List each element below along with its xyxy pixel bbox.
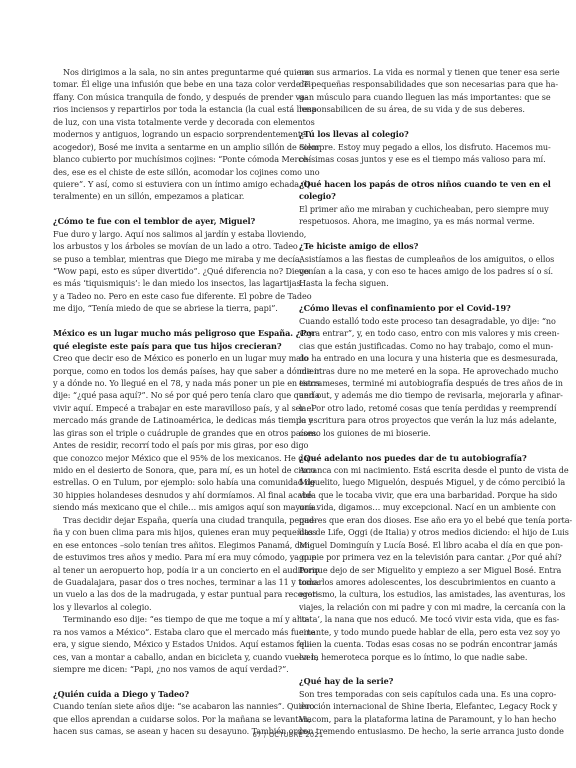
body-text-line: es más ‘tiquismiquis’: le dan miedo los … xyxy=(53,277,288,289)
body-text-line: padres que eran dos dioses. Ese año era … xyxy=(299,514,537,526)
body-text-line: mido en el desierto de Sonora, que, para… xyxy=(53,464,288,476)
body-text-line: una vida, digamos… muy excepcional. Nací… xyxy=(299,501,537,513)
body-text-line: un vuelo a las dos de la madrugada, y es… xyxy=(53,588,288,600)
body-text-line: blanco cubierto por muchísimos cojines: … xyxy=(53,153,288,165)
body-text-line: vida que le tocaba vivir, que era una ba… xyxy=(299,489,537,501)
body-text-line: 30 hippies holandeses desnudos y ahí dor… xyxy=(53,489,288,501)
body-text-line: teralmente) en un sillón, empezamos a pl… xyxy=(53,190,288,202)
body-text-line: y a dónde no. Yo llegué en el 78, y nada… xyxy=(53,377,288,389)
body-text-line: estos meses, terminé mi autobiografía de… xyxy=(299,377,537,389)
body-text-line: Cuando estalló todo este proceso tan des… xyxy=(299,315,537,327)
body-text-line: se puso a temblar, mientras que Diego me… xyxy=(53,253,288,265)
body-text-line: los arbustos y los árboles se movían de … xyxy=(53,240,288,252)
body-text-line: des, ese es el chiste de este sillón, ac… xyxy=(53,166,288,178)
body-text-line: que ellos aprendan a cuidarse solos. Por… xyxy=(53,713,288,725)
question-heading-line: ¿Qué adelanto nos puedes dar de tu autob… xyxy=(299,452,537,464)
body-text-line: la escritura para otros proyectos que ve… xyxy=(299,414,537,426)
body-text-line: los y llevarlos al colegio. xyxy=(53,601,288,613)
body-text-line: siempre me dicen: “Papi, ¿no nos vamos d… xyxy=(53,663,288,675)
body-text-line: la. Por otro lado, retomé cosas que tení… xyxy=(299,402,537,414)
body-text-line: todo: los amores adolescentes, los descu… xyxy=(299,576,537,588)
question-heading-line: México es un lugar mucho más peligroso q… xyxy=(53,327,288,339)
paragraph-gap xyxy=(299,290,537,302)
body-text-line: que conozco mejor México que el 95% de l… xyxy=(53,452,288,464)
body-text-line: era, y sigue siendo, México y Estados Un… xyxy=(53,638,288,650)
body-text-line: las giras son el triple o cuádruple de g… xyxy=(53,427,288,439)
body-text-line: ducción internacional de Shine Iberia, E… xyxy=(299,700,537,712)
body-text-line: de luz, con una vista totalmente verde y… xyxy=(53,116,288,128)
question-heading-line: ¿Quién cuida a Diego y Tadeo? xyxy=(53,688,288,700)
body-text-line: mientras dure no me meteré en la sopa. H… xyxy=(299,365,537,377)
body-text-line: responsabilicen de su área, de su vida y… xyxy=(299,103,537,115)
question-heading-line: ¿Qué hay de la serie? xyxy=(299,675,537,687)
body-text-line: “Wow papi, esto es súper divertido”. ¿Qu… xyxy=(53,265,288,277)
body-text-line: siendo más mexicano que el chile… mis am… xyxy=(53,501,288,513)
body-text-line: me dijo, “Tenía miedo de que se abriese … xyxy=(53,302,288,314)
paragraph-gap xyxy=(53,675,288,687)
body-text-line: Cuando tenían siete años dije: “se acaba… xyxy=(53,700,288,712)
body-text-line: Fue duro y largo. Aquí nos salimos al ja… xyxy=(53,228,288,240)
body-text-line: go pie por primera vez en la televisión … xyxy=(299,551,537,563)
body-text-line: dije: “¿qué pasa aquí?”. No sé por qué p… xyxy=(53,389,288,401)
body-text-line: Arranca con mi nacimiento. Está escrita … xyxy=(299,464,537,476)
right-column: nan sus armarios. La vida es normal y ti… xyxy=(299,66,537,738)
body-text-line: acogedor), Bosé me invita a sentarme en … xyxy=(53,141,288,153)
body-text-line: quiere”. Y así, como si estuviera con un… xyxy=(53,178,288,190)
body-text-line: tomar. Él elige una infusión que bebe en… xyxy=(53,78,288,90)
body-text-line: voy a entrar”, y, en todo caso, entro co… xyxy=(299,327,537,339)
body-text-line: Viacom, para la plataforma latina de Par… xyxy=(299,713,537,725)
body-text-line: mercado más grande de Latinoamérica, le … xyxy=(53,414,288,426)
body-text-line: quien la cuenta. Todas esas cosas no se … xyxy=(299,638,537,650)
body-text-line: Tras decidir dejar España, quería una ci… xyxy=(53,514,288,526)
body-text-line: modernos y antiguos, logrando un espacio… xyxy=(53,128,288,140)
body-text-line: Creo que decir eso de México es ponerlo … xyxy=(53,352,288,364)
body-text-line: en la hemeroteca porque es lo íntimo, lo… xyxy=(299,651,537,663)
paragraph-gap xyxy=(299,116,537,128)
body-text-line: ra nos vamos a México”. Estaba claro que… xyxy=(53,626,288,638)
body-text-line: como los guiones de mi bioserie. xyxy=(299,427,537,439)
paragraph-gap xyxy=(299,663,537,675)
body-text-line: de estuvimos tres años y medio. Para mí … xyxy=(53,551,288,563)
body-text-line: Asistíamos a las fiestas de cumpleaños d… xyxy=(299,253,537,265)
left-column: Nos dirigimos a la sala, no sin antes pr… xyxy=(53,66,288,738)
question-heading-line: ¿Cómo te fue con el temblor de ayer, Mig… xyxy=(53,215,288,227)
body-text-line: gan músculo para cuando lleguen las más … xyxy=(299,91,537,103)
body-text-line: Siempre. Estoy muy pegado a ellos, los d… xyxy=(299,141,537,153)
paragraph-gap xyxy=(53,315,288,327)
body-text-line: ces, van a montar a caballo, andan en bi… xyxy=(53,651,288,663)
body-text-line: Nos dirigimos a la sala, no sin antes pr… xyxy=(53,66,288,78)
body-text-line: Antes de residir, recorrí todo el país p… xyxy=(53,439,288,451)
question-heading-line: ¿Te hiciste amigo de ellos? xyxy=(299,240,537,252)
body-text-line: al tener un aeropuerto hop, podía ir a u… xyxy=(53,564,288,576)
body-text-line: ‘tata’, la nana que nos educó. Me tocó v… xyxy=(299,613,537,625)
body-text-line: do ha entrado en una locura y una hister… xyxy=(299,352,537,364)
body-text-line: Hasta la fecha siguen. xyxy=(299,277,537,289)
body-text-line: Son tres temporadas con seis capítulos c… xyxy=(299,688,537,700)
body-text-line: ña y con buen clima para mis hijos, quie… xyxy=(53,526,288,538)
paragraph-gap xyxy=(299,166,537,178)
question-heading-line: ¿Tú los llevas al colegio? xyxy=(299,128,537,140)
body-text-line: rios inciensos y repartirlos por toda la… xyxy=(53,103,288,115)
body-text-line: ffany. Con música tranquila de fondo, y … xyxy=(53,91,288,103)
body-text-line: viajes, la relación con mi padre y con m… xyxy=(299,601,537,613)
body-text-line: chísimas cosas juntos y ese es el tiempo… xyxy=(299,153,537,165)
body-text-line: Miguelito, luego Miguelón, después Migue… xyxy=(299,476,537,488)
body-text-line: porque, como en todos los demás países, … xyxy=(53,365,288,377)
body-text-line: venían a la casa, y con eso te haces ami… xyxy=(299,265,537,277)
page-folio: 67 / OCTUBRE 2021 xyxy=(0,731,576,739)
body-text-line: Miguel Dominguín y Lucía Bosé. El libro … xyxy=(299,539,537,551)
body-text-line: estrellas. O en Tulum, por ejemplo: solo… xyxy=(53,476,288,488)
body-text-line: vivir aquí. Empecé a trabajar en este ma… xyxy=(53,402,288,414)
paragraph-gap xyxy=(299,439,537,451)
question-heading-line: ¿Qué hacen los papás de otros niños cuan… xyxy=(299,178,537,190)
body-text-line: Porque dejo de ser Miguelito y empiezo a… xyxy=(299,564,537,576)
body-text-line: and out, y además me dio tiempo de revis… xyxy=(299,389,537,401)
body-text-line: El primer año me miraban y cuchicheaban,… xyxy=(299,203,537,215)
body-text-line: de Guadalajara, pasar dos o tres noches,… xyxy=(53,576,288,588)
question-heading-line: qué elegiste este país para que tus hijo… xyxy=(53,340,288,352)
body-text-line: nan sus armarios. La vida es normal y ti… xyxy=(299,66,537,78)
body-text-line: erotismo, la cultura, los estudios, las … xyxy=(299,588,537,600)
body-text-line: respetuosos. Ahora, me imagino, ya es má… xyxy=(299,215,537,227)
body-text-line: y a Tadeo no. Pero en este caso fue dife… xyxy=(53,290,288,302)
body-text-line: en ese entonces –solo tenían tres añitos… xyxy=(53,539,288,551)
question-heading-line: colegio? xyxy=(299,190,537,202)
paragraph-gap xyxy=(299,228,537,240)
magazine-page: Nos dirigimos a la sala, no sin antes pr… xyxy=(0,0,576,768)
paragraph-gap xyxy=(53,203,288,215)
question-heading-line: ¿Cómo llevas el confinamiento por el Cov… xyxy=(299,302,537,314)
body-text-line: das de Life, Oggi (de Italia) y otros me… xyxy=(299,526,537,538)
body-text-line: de pequeñas responsabilidades que son ne… xyxy=(299,78,537,90)
body-text-line: cinante, y todo mundo puede hablar de el… xyxy=(299,626,537,638)
body-text-line: Terminando eso dije: “es tiempo de que m… xyxy=(53,613,288,625)
body-text-line: cias que están justificadas. Como no hay… xyxy=(299,340,537,352)
